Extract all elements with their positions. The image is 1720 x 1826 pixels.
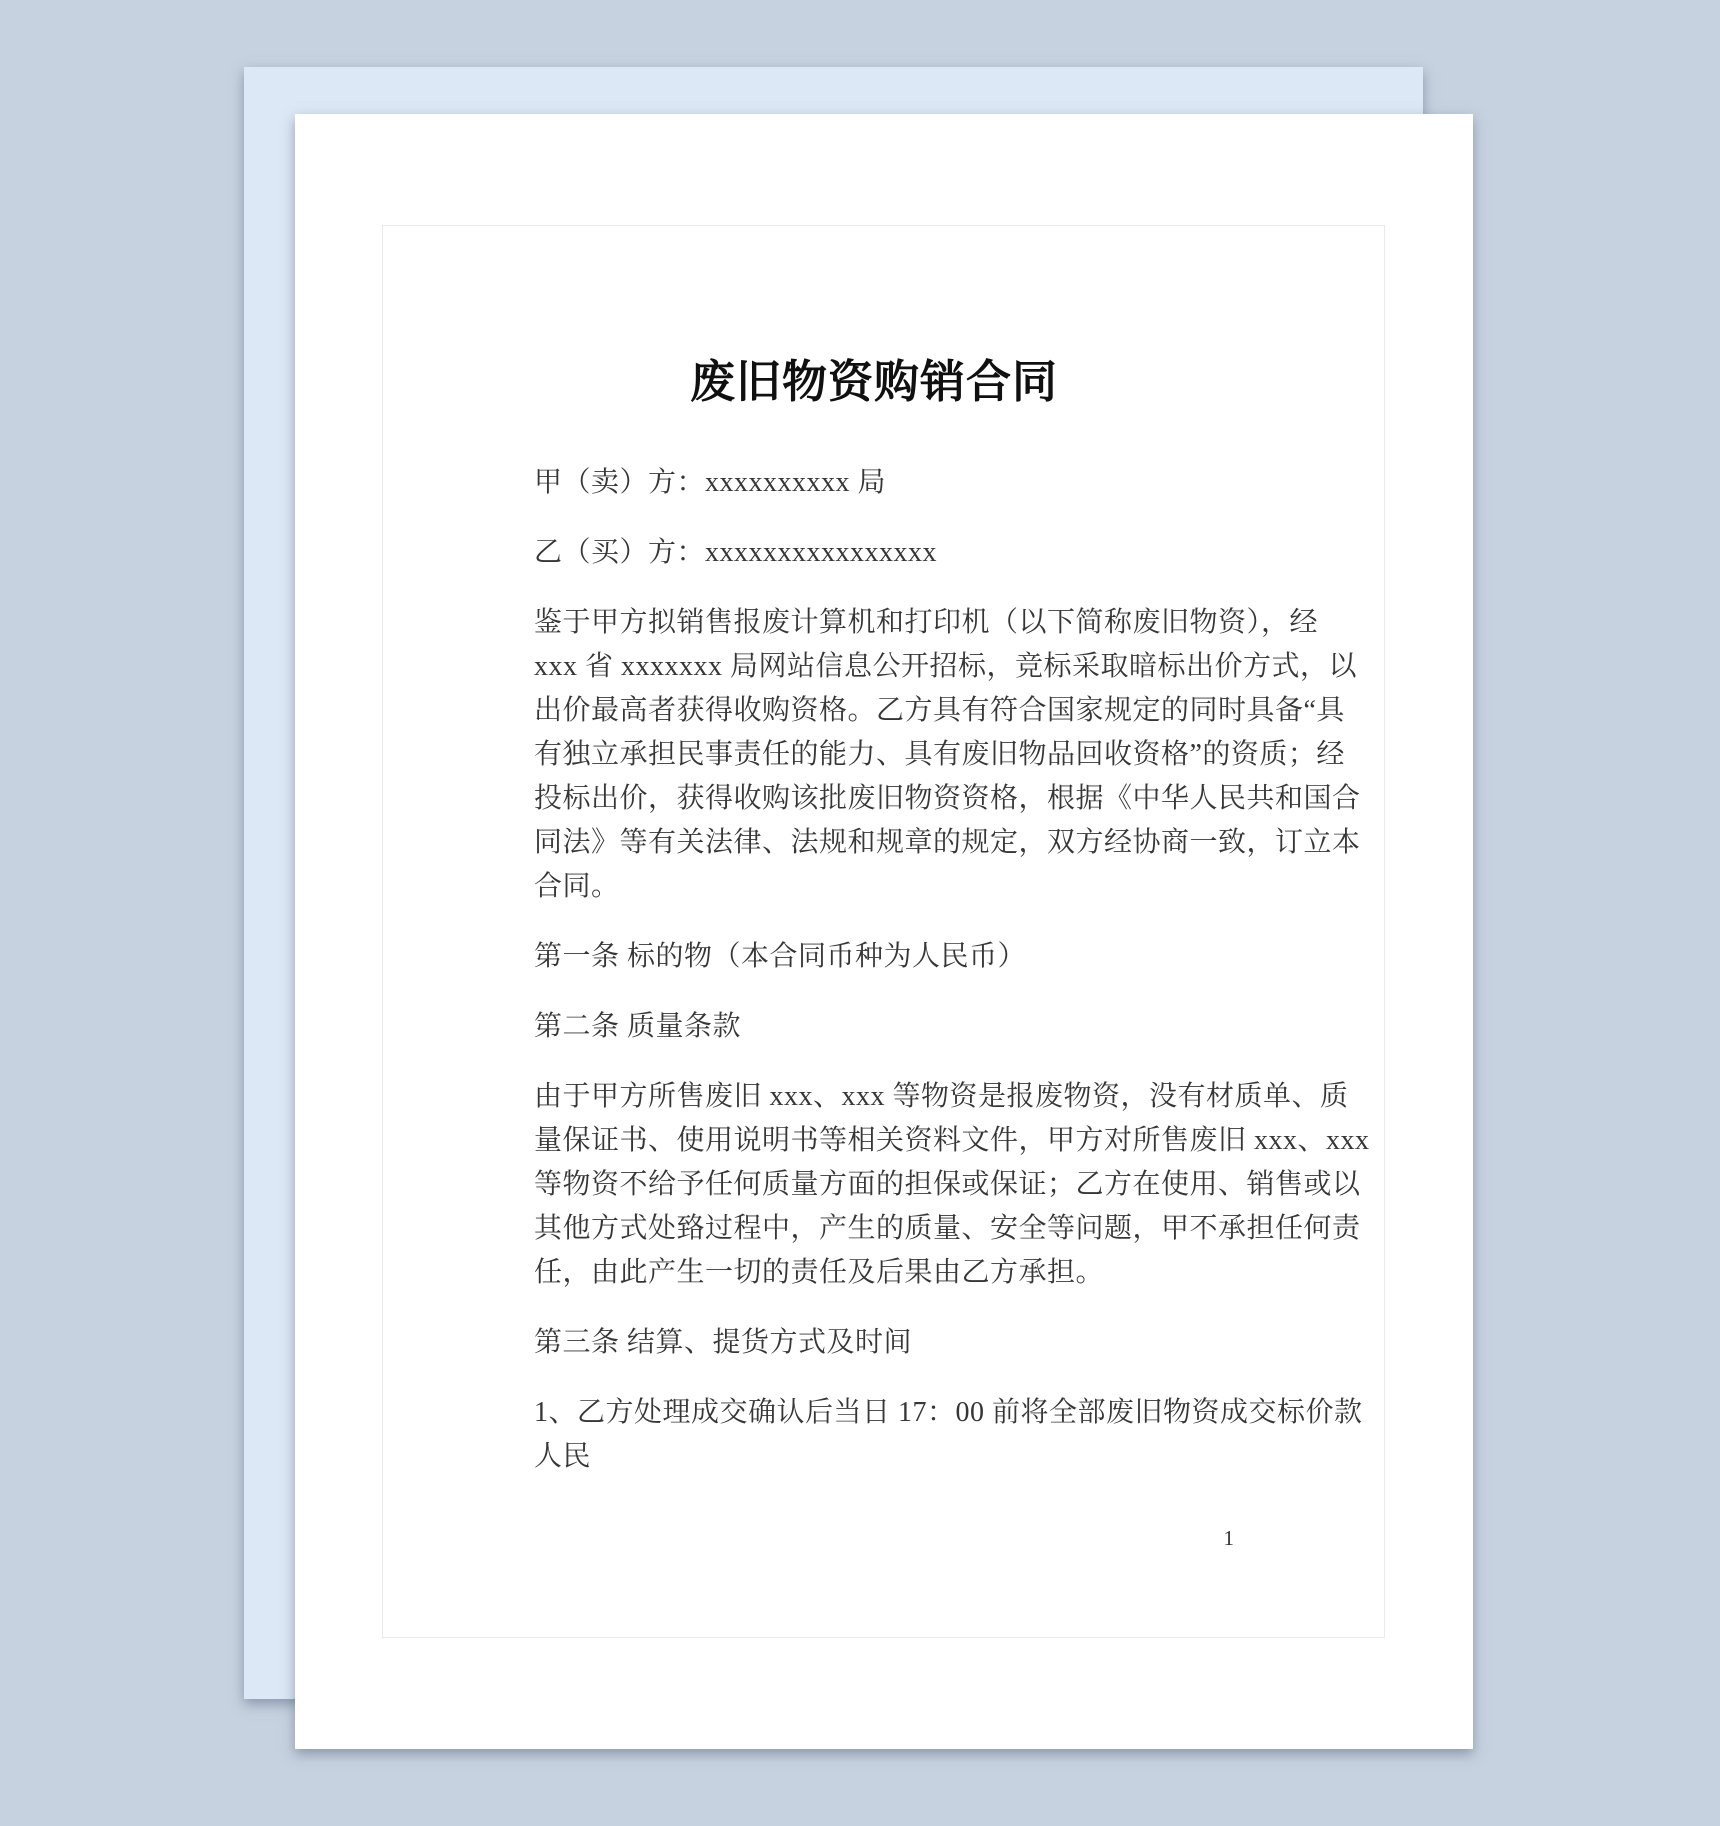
paragraph-line-clause-1: 第一条 标的物（本合同币种为人民币） xyxy=(534,935,1214,979)
paragraph-line: 鉴于甲方拟销售报废计算机和打印机（以下简称废旧物资），经 xyxy=(534,601,1214,645)
document-content: 废旧物资购销合同 甲（卖）方：xxxxxxxxxx 局 乙（买）方：xxxxxx… xyxy=(534,226,1214,1479)
content-border-frame: 废旧物资购销合同 甲（卖）方：xxxxxxxxxx 局 乙（买）方：xxxxxx… xyxy=(382,225,1385,1638)
paragraph-line: 合同。 xyxy=(534,865,1214,909)
paragraph-line: 人民 xyxy=(534,1435,1214,1479)
page-number: 1 xyxy=(1224,1526,1235,1550)
paragraph-line: 有独立承担民事责任的能力、具有废旧物品回收资格”的资质；经 xyxy=(534,733,1214,777)
paragraph-line: 其他方式处臵过程中，产生的质量、安全等问题，甲不承担任何责 xyxy=(534,1207,1214,1251)
document-title: 废旧物资购销合同 xyxy=(534,353,1214,411)
paragraph-line: 等物资不给予任何质量方面的担保或保证；乙方在使用、销售或以 xyxy=(534,1163,1214,1207)
paragraph-line: 任，由此产生一切的责任及后果由乙方承担。 xyxy=(534,1251,1214,1295)
paragraph-line: 由于甲方所售废旧 xxx、xxx 等物资是报废物资，没有材质单、质 xyxy=(534,1075,1214,1119)
paragraph-line: 出价最高者获得收购资格。乙方具有符合国家规定的同时具备“具 xyxy=(534,689,1214,733)
paragraph-line: 量保证书、使用说明书等相关资料文件，甲方对所售废旧 xxx、xxx xyxy=(534,1119,1214,1163)
paragraph-line-party-a: 甲（卖）方：xxxxxxxxxx 局 xyxy=(534,461,1214,505)
paragraph-line: 同法》等有关法律、法规和规章的规定，双方经协商一致，订立本 xyxy=(534,821,1214,865)
desktop-background: { "colors": { "background": "#c7d2e0", "… xyxy=(0,0,1720,1826)
paragraph-line: 1、乙方处理成交确认后当日 17：00 前将全部废旧物资成交标价款 xyxy=(534,1391,1214,1435)
paragraph-line-clause-3: 第三条 结算、提货方式及时间 xyxy=(534,1321,1214,1365)
paragraph-line: xxx 省 xxxxxxx 局网站信息公开招标，竞标采取暗标出价方式，以 xyxy=(534,645,1214,689)
paragraph-line-party-b: 乙（买）方：xxxxxxxxxxxxxxxx xyxy=(534,531,1214,575)
paragraph-line-clause-2: 第二条 质量条款 xyxy=(534,1005,1214,1049)
document-page: 废旧物资购销合同 甲（卖）方：xxxxxxxxxx 局 乙（买）方：xxxxxx… xyxy=(295,114,1473,1749)
paragraph-line: 投标出价，获得收购该批废旧物资资格，根据《中华人民共和国合 xyxy=(534,777,1214,821)
